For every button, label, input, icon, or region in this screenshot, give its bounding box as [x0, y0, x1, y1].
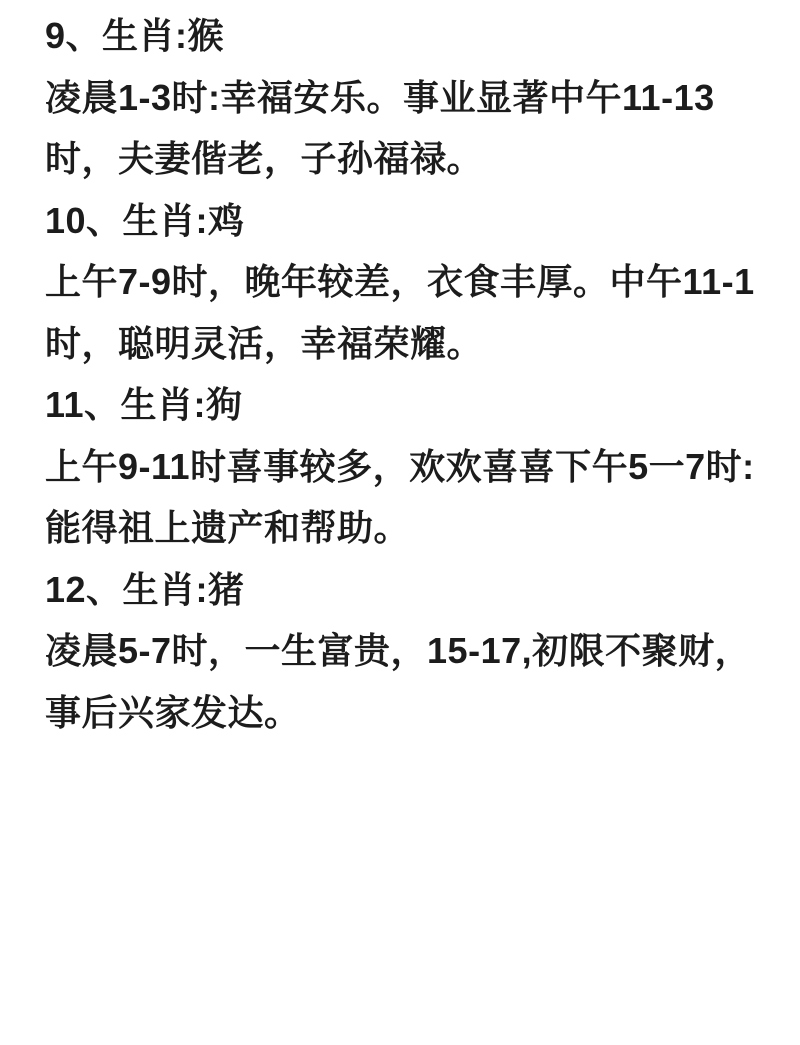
text-line: 凌晨1-3时:幸福安乐。事业显著中午11-13: [45, 67, 780, 129]
section-heading: 10、生肖:鸡: [45, 190, 780, 252]
text-line: 时，聪明灵活，幸福荣耀。: [45, 313, 780, 375]
text-line: 上午9-11时喜事较多，欢欢喜喜下午5一7时:: [45, 436, 780, 498]
document-page: 9、生肖:猴 凌晨1-3时:幸福安乐。事业显著中午11-13 时，夫妻偕老，子孙…: [0, 0, 800, 1045]
text-block: 9、生肖:猴 凌晨1-3时:幸福安乐。事业显著中午11-13 时，夫妻偕老，子孙…: [0, 0, 800, 743]
section-heading: 11、生肖:狗: [45, 374, 780, 436]
text-line: 凌晨5-7时，一生富贵，15-17,初限不聚财，: [45, 620, 780, 682]
text-line: 事后兴家发达。: [45, 682, 780, 744]
text-line: 时，夫妻偕老，子孙福禄。: [45, 128, 780, 190]
section-heading: 9、生肖:猴: [45, 5, 780, 67]
text-line: 上午7-9时，晚年较差，衣食丰厚。中午11-1: [45, 251, 780, 313]
section-heading: 12、生肖:猪: [45, 559, 780, 621]
text-line: 能得祖上遗产和帮助。: [45, 497, 780, 559]
